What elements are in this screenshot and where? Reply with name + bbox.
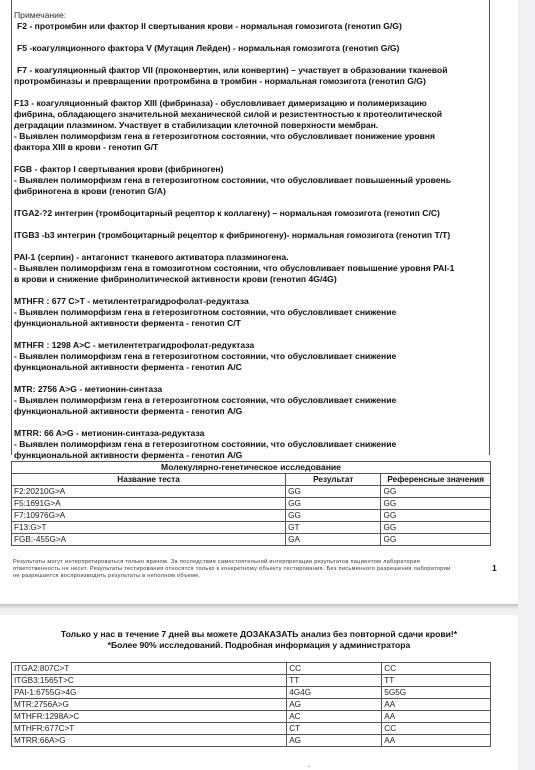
result-cell: GT — [286, 522, 381, 534]
note-line: - Выявлен полиморфизм гена в гетерозигот… — [14, 439, 489, 450]
note-item: F5 -коагуляционного фактора V (Мутация Л… — [14, 43, 489, 54]
note-line: - Выявлен полиморфизм гена в гетерозигот… — [14, 175, 489, 186]
promo-line-2: *Более 90% исследований. Подробная инфор… — [0, 640, 518, 651]
results-table-caption: Молекулярно-генетическое исследование — [12, 462, 491, 474]
table-row: MTHFR:1298A>CACAA — [12, 711, 491, 723]
disclaimer-text: Результаты могут интерпретироваться толь… — [13, 559, 453, 580]
note-item: MTR: 2756 A>G - метионин-синтаза- Выявле… — [14, 384, 489, 417]
result-cell: TT — [287, 675, 382, 687]
note-item: PAI-1 (серпин) - антагонист тканевого ак… — [14, 252, 489, 285]
test-name-cell: F5:1691G>A — [12, 498, 286, 510]
result-cell: CC — [287, 663, 382, 675]
reference-cell: TT — [382, 675, 491, 687]
note-line: функциональной активности фермента - ген… — [14, 318, 489, 329]
reference-cell: AA — [382, 711, 491, 723]
page-number: 1 — [492, 563, 497, 573]
test-name-cell: MTR:2756A>G — [12, 699, 287, 711]
table-row: FGB:-455G>AGAGG — [12, 534, 491, 546]
note-item: F13 - коагуляционный фактор XIII (фибрин… — [14, 98, 489, 153]
note-item: MTHFR : 677 C>T - метилентетрагидрофолат… — [14, 296, 489, 329]
note-line: PAI-1 (серпин) - антагонист тканевого ак… — [14, 252, 489, 263]
test-name-cell: MTHFR:1298A>C — [12, 711, 287, 723]
result-cell: GA — [286, 534, 381, 546]
note-line: ITGB3 -b3 интегрин (тромбоцитарный рецеп… — [14, 230, 489, 241]
reference-cell: AA — [382, 735, 491, 747]
note-line: MTHFR : 677 C>T - метилентетрагидрофолат… — [14, 296, 489, 307]
result-cell: CT — [287, 723, 382, 735]
reference-cell: GG — [381, 510, 491, 522]
note-line: в крови и снижение фибринолитической акт… — [14, 274, 489, 285]
table-row: ITGB3:1565T>CTTTT — [12, 675, 491, 687]
reference-cell: GG — [381, 486, 491, 498]
table-row: PAI-1:6755G>4G4G4G5G5G — [12, 687, 491, 699]
note-item: F2 - протромбин или фактор II свертывани… — [14, 21, 489, 32]
table-row: F5:1691G>AGGGG — [12, 498, 491, 510]
result-cell: 4G4G — [287, 687, 382, 699]
note-line: - Выявлен полиморфизм гена в гетерозигот… — [14, 131, 489, 142]
reference-cell: CC — [382, 723, 491, 735]
note-line: FGB - фактор I свертывания крови (фибрин… — [14, 164, 489, 175]
note-item: ITGA2-?2 интегрин (тромбоцитарный рецепт… — [14, 208, 489, 219]
table-row: ITGA2:807C>TCCCC — [12, 663, 491, 675]
note-line: MTR: 2756 A>G - метионин-синтаза — [14, 384, 489, 395]
note-line: функциональной активности фермента - ген… — [14, 362, 489, 373]
promo-line-1: Только у нас в течение 7 дней вы можете … — [0, 629, 518, 640]
reference-cell: CC — [382, 663, 491, 675]
test-name-cell: F7:10976G>A — [12, 510, 286, 522]
note-item: FGB - фактор I свертывания крови (фибрин… — [14, 164, 489, 197]
notes-list: F2 - протромбин или фактор II свертывани… — [14, 21, 489, 461]
results-table-continued: ITGA2:807C>TCCCCITGB3:1565T>CTTTTPAI-1:6… — [11, 662, 491, 747]
note-line: фактора XIII в крови - генотип G/T — [14, 142, 489, 153]
test-name-cell: MTHFR:677C>T — [12, 723, 287, 735]
note-line: F5 -коагуляционного фактора V (Мутация Л… — [14, 43, 489, 54]
note-line: ITGA2-?2 интегрин (тромбоцитарный рецепт… — [14, 208, 489, 219]
note-line: MTRR: 66 A>G - метионин-синтаза-редуктаз… — [14, 428, 489, 439]
note-line: - Выявлен полиморфизм гена в гомозиготно… — [14, 263, 489, 274]
result-cell: AG — [287, 699, 382, 711]
table-row: F7:10976G>AGGGG — [12, 510, 491, 522]
notes-title: Примечание: — [14, 10, 489, 21]
result-cell: GG — [286, 486, 381, 498]
reference-cell: GG — [381, 522, 491, 534]
page-separator — [0, 604, 518, 615]
table-row: MTR:2756A>GAGAA — [12, 699, 491, 711]
reference-cell: GG — [381, 534, 491, 546]
note-line: - Выявлен полиморфизм гена в гетерозигот… — [14, 307, 489, 318]
note-line: функциональной активности фермента - ген… — [14, 450, 489, 461]
note-line: F13 - коагуляционный фактор XIII (фибрин… — [14, 98, 489, 109]
note-item: MTHFR : 1298 A>C - метилентетрагидрофола… — [14, 340, 489, 373]
note-item: ITGB3 -b3 интегрин (тромбоцитарный рецеп… — [14, 230, 489, 241]
stray-mark: ´ — [308, 765, 311, 770]
header-result: Результат — [286, 474, 381, 486]
note-line: F2 - протромбин или фактор II свертывани… — [14, 21, 489, 32]
test-name-cell: ITGA2:807C>T — [12, 663, 287, 675]
test-name-cell: ITGB3:1565T>C — [12, 675, 287, 687]
table-row: MTRR:66A>GAGAA — [12, 735, 491, 747]
header-reference: Референсные значения — [381, 474, 491, 486]
table-row: F2:20210G>AGGGG — [12, 486, 491, 498]
test-name-cell: PAI-1:6755G>4G — [12, 687, 287, 699]
result-cell: AG — [287, 735, 382, 747]
note-item: F7 - коагуляционный фактор VII (проконве… — [14, 65, 489, 87]
note-line: фибрина, обладающего значительной механи… — [14, 109, 489, 120]
result-cell: GG — [286, 498, 381, 510]
document-page-1: Примечание: F2 - протромбин или фактор I… — [0, 0, 518, 604]
test-name-cell: FGB:-455G>A — [12, 534, 286, 546]
reference-cell: AA — [382, 699, 491, 711]
note-item: MTRR: 66 A>G - метионин-синтаза-редуктаз… — [14, 428, 489, 461]
note-line: фибриногена в крови (генотип G/A) — [14, 186, 489, 197]
note-line: протромбиназы и превращении протромбина … — [14, 76, 489, 87]
notes-section: Примечание: F2 - протромбин или фактор I… — [11, 0, 490, 455]
note-line: - Выявлен полиморфизм гена в гетерозигот… — [14, 351, 489, 362]
table-row: F13:G>TGTGG — [12, 522, 491, 534]
note-line: MTHFR : 1298 A>C - метилентетрагидрофола… — [14, 340, 489, 351]
test-name-cell: F2:20210G>A — [12, 486, 286, 498]
test-name-cell: F13:G>T — [12, 522, 286, 534]
table-row: MTHFR:677C>TCTCC — [12, 723, 491, 735]
document-page-2: Только у нас в течение 7 дней вы можете … — [0, 615, 518, 770]
note-line: F7 - коагуляционный фактор VII (проконве… — [14, 65, 489, 76]
test-name-cell: MTRR:66A>G — [12, 735, 287, 747]
note-line: деградации плазмином. Участвует в стабил… — [14, 120, 489, 131]
reference-cell: GG — [381, 498, 491, 510]
header-test-name: Название теста — [12, 474, 286, 486]
promo-banner: Только у нас в течение 7 дней вы можете … — [0, 629, 518, 651]
reference-cell: 5G5G — [382, 687, 491, 699]
result-cell: GG — [286, 510, 381, 522]
note-line: - Выявлен полиморфизм гена в гетерозигот… — [14, 395, 489, 406]
results-table: Молекулярно-генетическое исследование На… — [11, 461, 491, 546]
viewer-side-strip — [518, 0, 535, 770]
note-line: функциональной активности фермента - ген… — [14, 406, 489, 417]
result-cell: AC — [287, 711, 382, 723]
